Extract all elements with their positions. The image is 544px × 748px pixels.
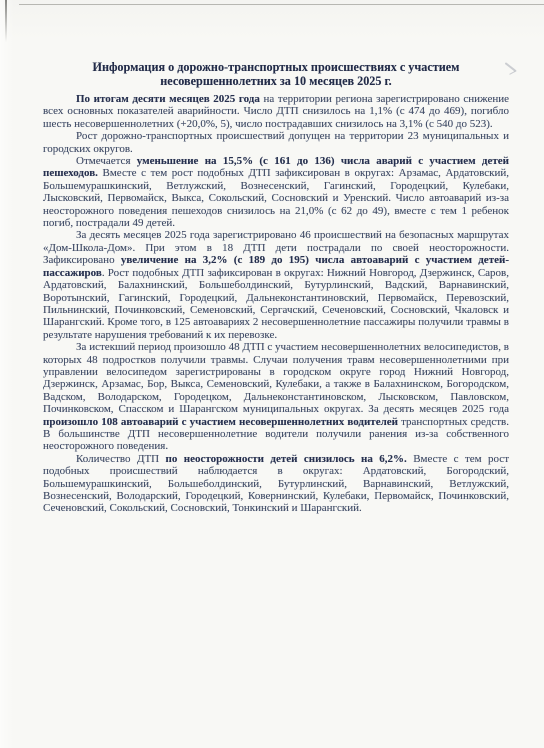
smudge-stroke xyxy=(509,70,517,75)
paragraph-cyclists-drivers: За истекший период произошло 48 ДТП с уч… xyxy=(43,341,509,453)
text-run: по неосторожности детей снизилось на 6,2… xyxy=(166,453,407,465)
paragraph-pedestrians: Отмечается уменьшение на 15,5% (с 161 до… xyxy=(43,155,509,229)
scanned-document-page: Информация о дорожно-транспортных происш… xyxy=(43,60,509,515)
text-run: Отмечается xyxy=(76,155,137,167)
paragraph-overall-stats: По итогам десяти месяцев 2025 года на те… xyxy=(43,93,509,130)
text-run: Вместе с тем рост подобных ДТП зафиксиро… xyxy=(43,167,509,229)
document-title: Информация о дорожно-транспортных происш… xyxy=(76,60,476,88)
text-run: Количество ДТП xyxy=(76,453,166,465)
text-run: . Рост подобных ДТП зафиксирован в округ… xyxy=(43,267,509,341)
scan-top-edge-line xyxy=(19,4,544,5)
paragraph-child-carelessness: Количество ДТП по неосторожности детей с… xyxy=(43,453,509,515)
scan-corner-artifact xyxy=(5,0,7,42)
text-run: За истекший период произошло 48 ДТП с уч… xyxy=(43,341,509,415)
paragraph-passengers: За десять месяцев 2025 года зарегистриро… xyxy=(43,229,509,341)
text-run: По итогам десяти месяцев 2025 года xyxy=(76,93,260,105)
text-run: произошло 108 автоаварий с участием несо… xyxy=(43,416,398,428)
paragraph-growth-territories: Рост дорожно-транспортных происшествий д… xyxy=(43,130,509,155)
text-run: Рост дорожно-транспортных происшествий д… xyxy=(43,130,509,154)
